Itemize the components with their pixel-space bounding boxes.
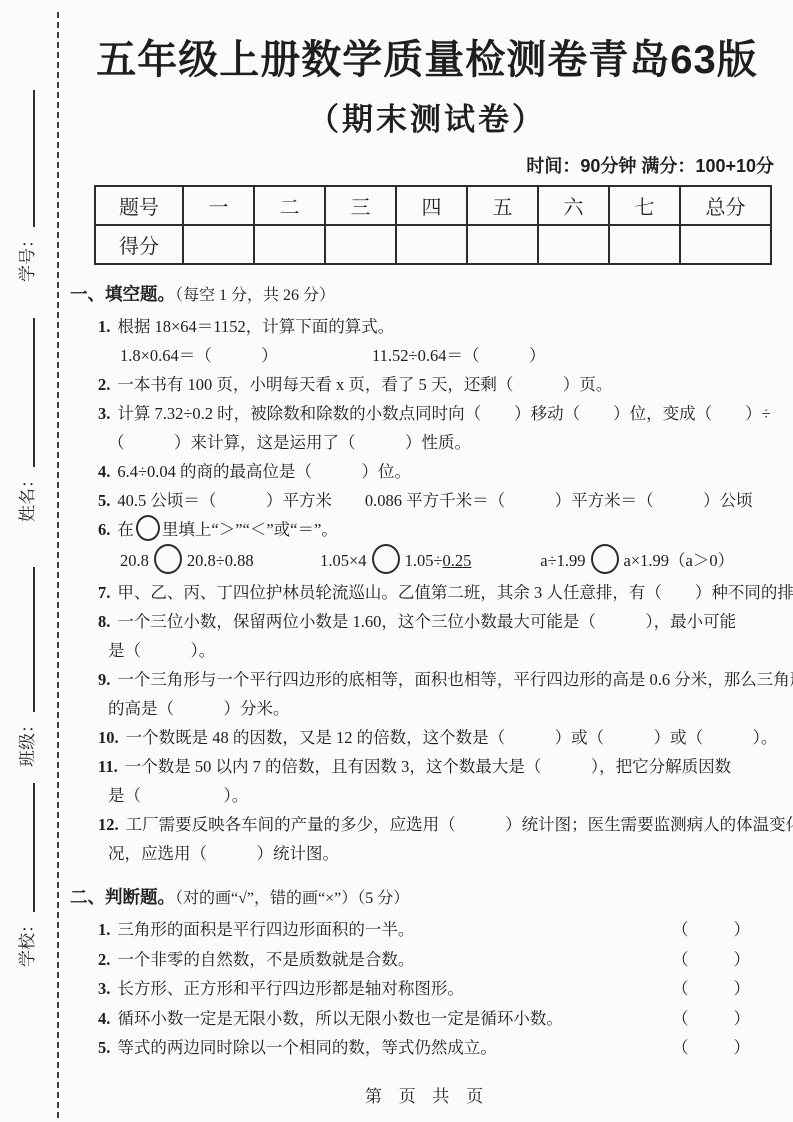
question-text: 40.5 公顷＝（ ）平方米 0.086 平方千米＝（ ）平方米＝（ ）公顷 [117,491,752,510]
fill-question-7: 7.甲、乙、丙、丁四位护林员轮流巡山。乙值第二班，其余 3 人任意排，有（ ）种… [70,578,784,607]
question-text: 一个三位小数，保留两位小数是 1.60，这个三位小数最大可能是（ ），最小可能 [117,612,736,631]
score-table-header-cell: 二 [254,186,325,225]
fill-question-11-line-2: 是（ ）。 [70,781,784,810]
student-id-blank-line [31,90,35,227]
score-table-header-cell: 总分 [680,186,771,225]
score-cell-empty [254,225,325,264]
question-number: 12. [98,815,126,834]
question-number: 5. [98,1033,117,1063]
score-table-header-cell: 题号 [95,186,183,225]
judge-question-4: 4.循环小数一定是无限小数，所以无限小数也一定是循环小数。 （ ） [70,1004,784,1034]
student-class-field: 班级： [14,567,38,767]
section1-heading: 一、填空题。（每空 1 分，共 26 分） [70,282,784,308]
expression-right: a×1.99（a＞0） [624,551,735,570]
fill-question-9-line-1: 9.一个三角形与一个平行四边形的底相等，面积也相等，平行四边形的高是 0.6 分… [70,665,784,694]
student-name-label: 姓名： [13,471,38,522]
fill-question-3-line-2: （ ）来计算，这是运用了（ ）性质。 [70,428,784,457]
question-number: 1. [98,915,117,945]
fill-question-12-line-2: 况，应选用（ ）统计图。 [70,839,784,868]
score-table-header-cell: 六 [538,186,609,225]
question-number: 5. [98,491,117,510]
student-name-field: 姓名： [14,318,38,522]
score-table: 题号 一 二 三 四 五 六 七 总分 得分 [94,185,772,265]
question-text: 工厂需要反映各车间的产量的多少，应选用（ ）统计图；医生需要监测病人的体温变化情 [126,815,793,834]
compare-circle-icon [372,544,400,574]
answer-brackets: （ ） [672,915,784,945]
expression-underlined-value: 0.25 [443,551,472,570]
equation-blank: 1.8×0.64＝（ ） [120,341,372,370]
section2-heading: 二、判断题。（对的画“√”，错的画“×”）（5 分） [70,885,784,911]
equation-blank: 11.52÷0.64＝（ ） [372,346,545,365]
answer-brackets: （ ） [672,945,784,975]
fill-question-9-line-2: 的高是（ ）分米。 [70,694,784,723]
student-id-field: 学号： [14,90,38,282]
compare-circle-icon [591,544,619,574]
exam-subtitle: （期末测试卷） [70,94,784,139]
fill-question-6: 6.在里填上“＞”“＜”或“＝”。 [70,515,784,544]
question-number: 3. [98,974,117,1004]
score-cell-empty [467,225,538,264]
question-number: 9. [98,670,117,689]
section2-heading-note: （对的画“√”，错的画“×”）（5 分） [175,890,409,907]
fill-question-6-expressions: 20.820.8÷0.88 1.05×41.05÷0.25 a÷1.99a×1.… [70,544,784,578]
section2-heading-title: 二、判断题。 [70,887,175,907]
expression-left: 20.8 [120,551,149,570]
question-text: 一本书有 100 页，小明每天看 x 页，看了 5 天，还剩（ ）页。 [117,375,612,394]
expression-left: a÷1.99 [540,551,585,570]
answer-brackets: （ ） [672,1004,784,1034]
question-text: 一个数既是 48 的因数，又是 12 的倍数，这个数是（ ）或（ ）或（ ）。 [126,728,778,747]
fill-question-10: 10.一个数既是 48 的因数，又是 12 的倍数，这个数是（ ）或（ ）或（ … [70,723,784,752]
binding-seal-dashed-line [57,12,59,1118]
judge-question-1: 1.三角形的面积是平行四边形面积的一半。 （ ） [70,915,784,945]
question-number: 3. [98,404,117,423]
page-title: 五年级上册数学质量检测卷青岛63版 [70,36,784,84]
answer-brackets: （ ） [672,974,784,1004]
score-table-header-cell: 七 [609,186,680,225]
question-text: 是（ ）。 [108,641,215,660]
question-number: 7. [98,583,117,602]
score-cell-empty [609,225,680,264]
score-cell-empty [183,225,254,264]
student-id-label: 学号： [13,231,38,282]
question-text: 一个非零的自然数，不是质数就是合数。 [117,945,414,975]
compare-circle-icon [154,544,182,574]
fill-question-11-line-1: 11.一个数是 50 以内 7 的倍数，且有因数 3，这个数最大是（ ），把它分… [70,752,784,781]
score-cell-empty [680,225,771,264]
question-number: 4. [98,462,117,481]
student-class-blank-line [31,567,35,712]
question-number: 2. [98,945,117,975]
student-school-blank-line [31,783,35,912]
score-row-label: 得分 [95,225,183,264]
section1-heading-title: 一、填空题。 [70,284,175,304]
question-text: 里填上“＞”“＜”或“＝”。 [162,520,338,539]
score-cell-empty [538,225,609,264]
compare-expression: 1.05×41.05÷0.25 [320,544,536,578]
question-text: 的高是（ ）分米。 [108,699,290,718]
fill-question-1: 1.根据 18×64＝1152，计算下面的算式。 [70,312,784,341]
score-cell-empty [325,225,396,264]
question-number: 11. [98,757,125,776]
expression-left: 1.05×4 [320,551,366,570]
score-table-header-row: 题号 一 二 三 四 五 六 七 总分 [95,186,771,225]
fill-question-1-equations: 1.8×0.64＝（ ）11.52÷0.64＝（ ） [70,341,784,370]
question-text: 循环小数一定是无限小数，所以无限小数也一定是循环小数。 [117,1004,563,1034]
question-number: 8. [98,612,117,631]
judge-question-3: 3.长方形、正方形和平行四边形都是轴对称图形。 （ ） [70,974,784,1004]
score-table-score-row: 得分 [95,225,771,264]
fill-question-8-line-1: 8.一个三位小数，保留两位小数是 1.60，这个三位小数最大可能是（ ），最小可… [70,607,784,636]
student-school-field: 学校： [14,783,38,967]
question-text: 甲、乙、丙、丁四位护林员轮流巡山。乙值第二班，其余 3 人任意排，有（ ）种不同… [117,583,793,602]
question-text: 计算 7.32÷0.2 时，被除数和除数的小数点同时向（ ）移动（ ）位，变成（… [117,404,770,423]
question-text: 况，应选用（ ）统计图。 [108,844,339,863]
question-text: 一个三角形与一个平行四边形的底相等，面积也相等，平行四边形的高是 0.6 分米，… [117,670,793,689]
fill-question-5: 5.40.5 公顷＝（ ）平方米 0.086 平方千米＝（ ）平方米＝（ ）公顷 [70,486,784,515]
fill-question-4: 4.6.4÷0.04 的商的最高位是（ ）位。 [70,457,784,486]
question-text: 根据 18×64＝1152，计算下面的算式。 [117,317,394,336]
exam-time-score-info: 时间：90分钟 满分：100+10分 [70,152,784,178]
fill-question-3-line-1: 3.计算 7.32÷0.2 时，被除数和除数的小数点同时向（ ）移动（ ）位，变… [70,399,784,428]
score-cell-empty [396,225,467,264]
compare-expression: 20.820.8÷0.88 [120,544,316,578]
exam-content: 五年级上册数学质量检测卷青岛63版 （期末测试卷） 时间：90分钟 满分：100… [70,0,784,1063]
student-name-blank-line [31,318,35,467]
student-class-label: 班级： [13,716,38,767]
expression-right: 20.8÷0.88 [187,551,254,570]
question-number: 2. [98,375,117,394]
fill-question-8-line-2: 是（ ）。 [70,636,784,665]
compare-circle-icon [136,515,160,541]
score-table-header-cell: 五 [467,186,538,225]
expression-right: 1.05÷ [405,551,443,570]
exam-paper-page: 学号： 姓名： 班级： 学校： 五年级上册数学质量检测卷青岛63版 （期末测试卷… [0,0,793,1122]
score-table-header-cell: 四 [396,186,467,225]
question-text: 长方形、正方形和平行四边形都是轴对称图形。 [117,974,464,1004]
score-table-header-cell: 三 [325,186,396,225]
question-text: 6.4÷0.04 的商的最高位是（ ）位。 [117,462,411,481]
page-footer: 第 页 共 页 [70,1082,784,1107]
question-text: 等式的两边同时除以一个相同的数，等式仍然成立。 [117,1033,497,1063]
question-text: 是（ ）。 [108,786,248,805]
student-school-label: 学校： [13,916,38,967]
section2-questions: 1.三角形的面积是平行四边形面积的一半。 （ ） 2.一个非零的自然数，不是质数… [70,915,784,1063]
question-number: 10. [98,728,126,747]
fill-question-2: 2.一本书有 100 页，小明每天看 x 页，看了 5 天，还剩（ ）页。 [70,370,784,399]
judge-question-5: 5.等式的两边同时除以一个相同的数，等式仍然成立。 （ ） [70,1033,784,1063]
question-number: 1. [98,317,117,336]
judge-question-2: 2.一个非零的自然数，不是质数就是合数。 （ ） [70,945,784,975]
question-text: 在 [117,520,134,539]
section1-heading-note: （每空 1 分，共 26 分） [175,287,335,304]
compare-expression: a÷1.99a×1.99（a＞0） [540,544,734,578]
answer-brackets: （ ） [672,1033,784,1063]
question-text: （ ）来计算，这是运用了（ ）性质。 [108,433,471,452]
question-number: 6. [98,520,117,539]
score-table-header-cell: 一 [183,186,254,225]
question-text: 三角形的面积是平行四边形面积的一半。 [117,915,414,945]
question-text: 一个数是 50 以内 7 的倍数，且有因数 3，这个数最大是（ ），把它分解质因… [125,757,731,776]
fill-question-12-line-1: 12.工厂需要反映各车间的产量的多少，应选用（ ）统计图；医生需要监测病人的体温… [70,810,784,839]
question-number: 4. [98,1004,117,1034]
section1-questions: 1.根据 18×64＝1152，计算下面的算式。 1.8×0.64＝（ ）11.… [70,312,784,868]
